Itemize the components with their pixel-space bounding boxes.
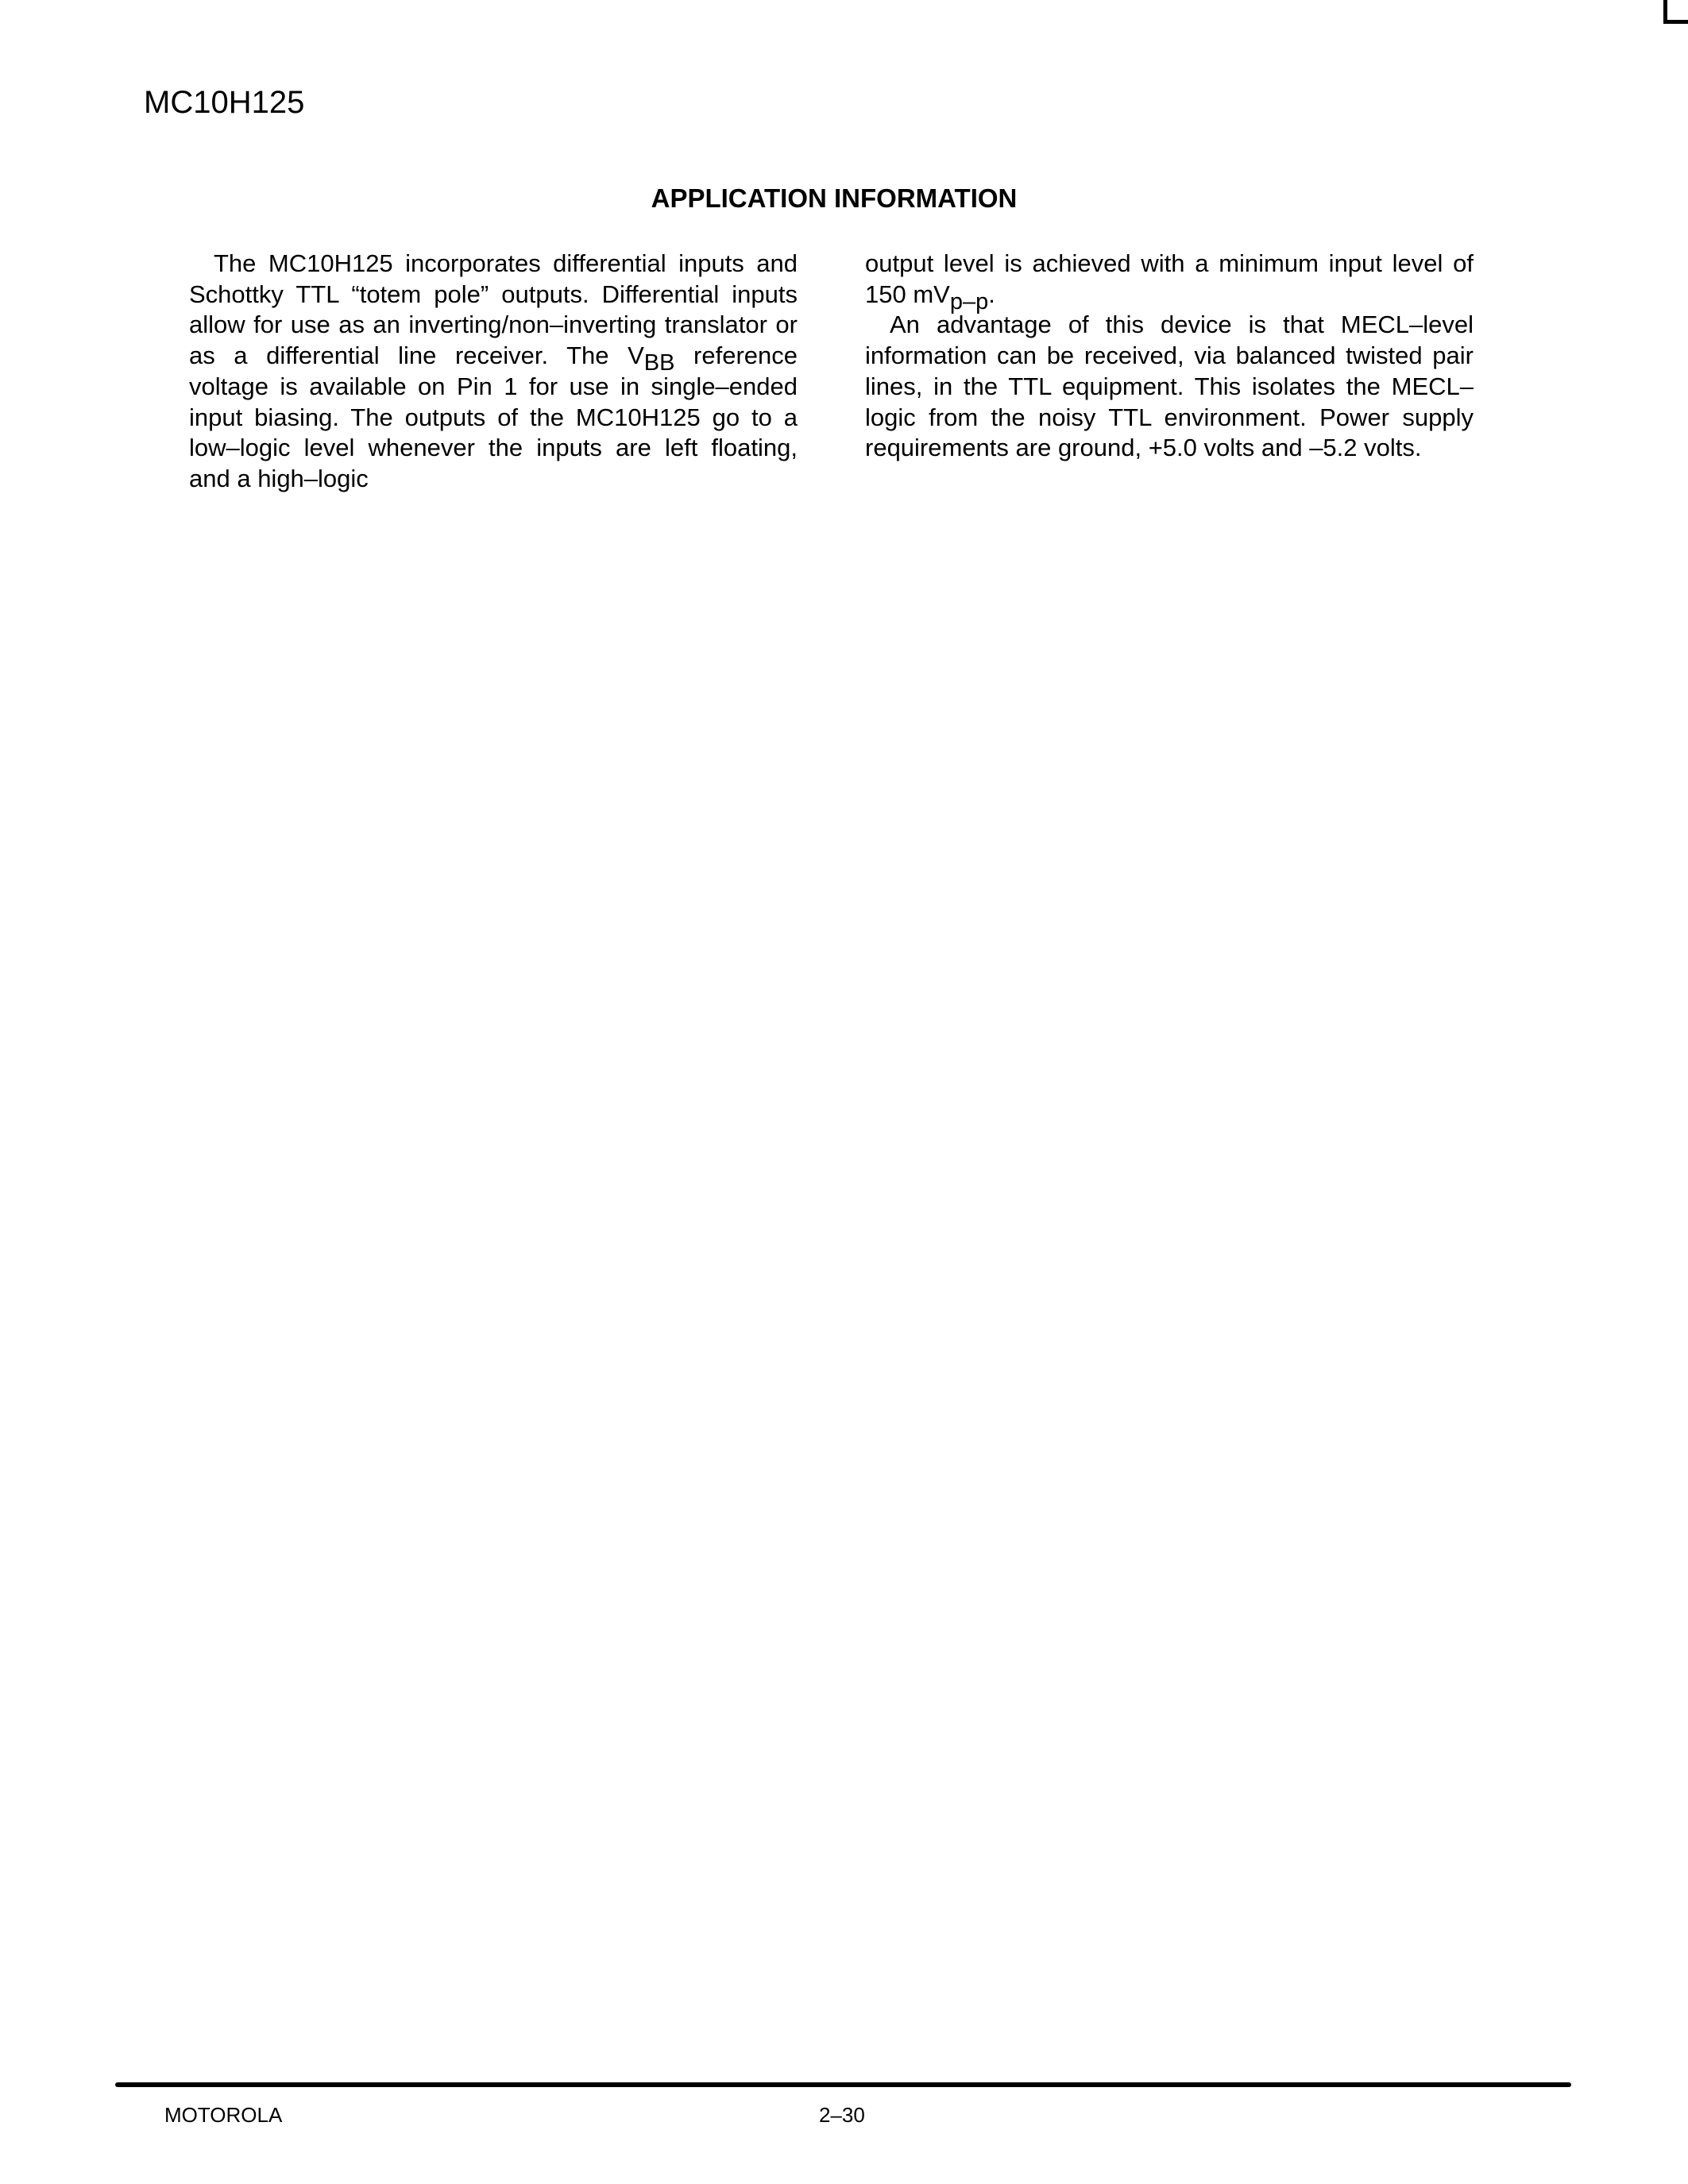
left-column: The MC10H125 incorporates differential i… xyxy=(189,249,798,495)
paragraph-continued: output level is achieved with a minimum … xyxy=(865,249,1474,310)
paragraph: An advantage of this device is that MECL… xyxy=(865,310,1474,464)
footer-page-number: 2–30 xyxy=(819,2103,865,2127)
footer-brand: MOTOROLA xyxy=(164,2103,282,2127)
right-column: output level is achieved with a minimum … xyxy=(865,249,1474,464)
paragraph: The MC10H125 incorporates differential i… xyxy=(189,249,798,495)
section-title: APPLICATION INFORMATION xyxy=(0,181,1668,216)
footer-rule xyxy=(115,2082,1571,2087)
paragraph-text: . xyxy=(988,280,995,308)
page-header-part-number: MC10H125 xyxy=(144,83,304,122)
crop-mark-horizontal xyxy=(1663,20,1688,24)
